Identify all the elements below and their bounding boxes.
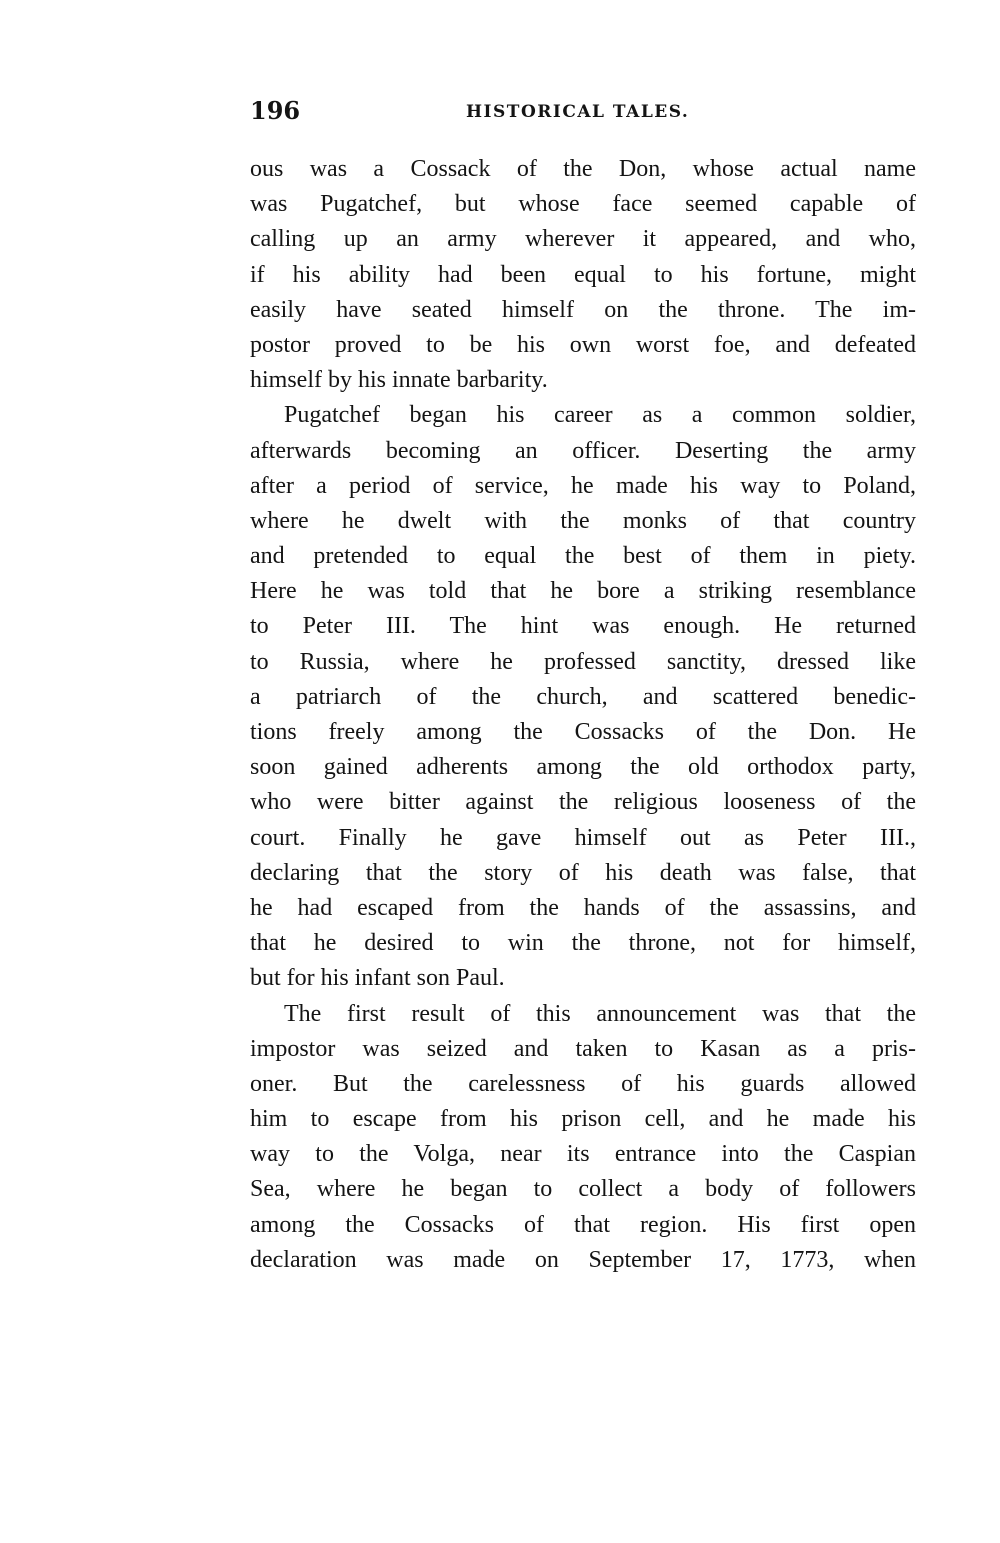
text-line: impostor was seized and taken to Kasan a…: [250, 1032, 916, 1067]
text-line: soon gained adherents among the old orth…: [250, 750, 916, 785]
running-title: HISTORICAL TALES.: [466, 102, 689, 122]
text-line: him to escape from his prison cell, and …: [250, 1102, 916, 1137]
paragraph-2: Pugatchef began his career as a common s…: [250, 398, 916, 996]
text-line: tions freely among the Cossacks of the D…: [250, 715, 916, 750]
text-line: Here he was told that he bore a striking…: [250, 574, 916, 609]
text-line: among the Cossacks of that region. His f…: [250, 1208, 916, 1243]
text-line: calling up an army wherever it appeared,…: [250, 222, 916, 257]
page-number: 196: [250, 96, 300, 125]
text-line: to Russia, where he professed sanctity, …: [250, 645, 916, 680]
book-page: 196 HISTORICAL TALES. ous was a Cossack …: [0, 0, 1000, 1543]
text-line: a patriarch of the church, and scattered…: [250, 680, 916, 715]
text-line: Sea, where he began to collect a body of…: [250, 1172, 916, 1207]
body-text: ous was a Cossack of the Don, whose actu…: [250, 152, 916, 1278]
text-line: himself by his innate barbarity.: [250, 363, 916, 398]
text-line: declaring that the story of his death wa…: [250, 856, 916, 891]
paragraph-1: ous was a Cossack of the Don, whose actu…: [250, 152, 916, 398]
text-line: who were bitter against the religious lo…: [250, 785, 916, 820]
text-line: and pretended to equal the best of them …: [250, 539, 916, 574]
text-line: postor proved to be his own worst foe, a…: [250, 328, 916, 363]
text-line: if his ability had been equal to his for…: [250, 258, 916, 293]
text-line: ous was a Cossack of the Don, whose actu…: [250, 152, 916, 187]
text-line: declaration was made on September 17, 17…: [250, 1243, 916, 1278]
text-line: but for his infant son Paul.: [250, 961, 916, 996]
text-line: where he dwelt with the monks of that co…: [250, 504, 916, 539]
text-line: after a period of service, he made his w…: [250, 469, 916, 504]
text-line: to Peter III. The hint was enough. He re…: [250, 609, 916, 644]
text-line: Pugatchef began his career as a common s…: [250, 398, 916, 433]
paragraph-3: The first result of this announcement wa…: [250, 997, 916, 1279]
text-line: that he desired to win the throne, not f…: [250, 926, 916, 961]
text-line: he had escaped from the hands of the ass…: [250, 891, 916, 926]
text-line: afterwards becoming an officer. Desertin…: [250, 434, 916, 469]
text-line: way to the Volga, near its entrance into…: [250, 1137, 916, 1172]
text-line: The first result of this announcement wa…: [250, 997, 916, 1032]
text-line: oner. But the carelessness of his guards…: [250, 1067, 916, 1102]
page-header: 196 HISTORICAL TALES.: [250, 96, 916, 132]
text-line: court. Finally he gave himself out as Pe…: [250, 821, 916, 856]
text-line: was Pugatchef, but whose face seemed cap…: [250, 187, 916, 222]
text-line: easily have seated himself on the throne…: [250, 293, 916, 328]
